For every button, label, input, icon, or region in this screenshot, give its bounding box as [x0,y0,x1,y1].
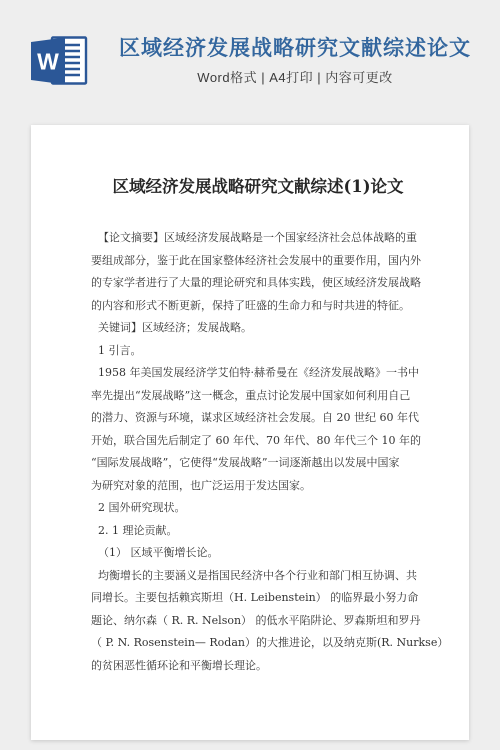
doc-line: 2 国外研究现状。 [91,497,425,520]
doc-line: 开始，联合国先后制定了 60 年代、70 年代、80 年代三个 10 年的 [91,430,425,453]
page-title: 区域经济发展战略研究文献综述论文 [119,36,471,62]
doc-line: 的贫困恶性循环论和平衡增长理论。 [91,655,425,678]
header: W 区域经济发展战略研究文献综述论文 Word格式 | A4打印 | 内容可更改 [0,0,500,86]
doc-line: （ P. N. Rosenstein— Rodan）的大推进论，以及纳克斯(R.… [91,632,425,655]
doc-line: 为研究对象的范围，也广泛运用于发达国家。 [91,475,425,498]
format-info: Word格式 | A4打印 | 内容可更改 [197,67,392,86]
doc-line: 的潜力、资源与环境，谋求区域经济社会发展。自 20 世纪 60 年代 [91,407,425,430]
doc-line: “国际发展战略”，它使得“发展战略”一词逐渐越出以发展中国家 [91,452,425,475]
doc-line: 题论、纳尔森（ R. R. Nelson） 的低水平陷阱论、罗森斯坦和罗丹 [91,610,425,633]
document-title: 区域经济发展战略研究文献综述(1)论文 [91,175,425,199]
doc-line: 的专家学者进行了大量的理论研究和具体实践，使区域经济发展战略 [91,272,425,295]
doc-line: 同增长。主要包括赖宾斯坦（H. Leibenstein） 的临界最小努力命 [91,587,425,610]
page: W 区域经济发展战略研究文献综述论文 Word格式 | A4打印 | 内容可更改… [0,0,500,740]
svg-text:W: W [37,49,59,75]
document-preview-page: 区域经济发展战略研究文献综述(1)论文 【论文摘要】区域经济发展战略是一个国家经… [31,125,469,740]
doc-line: 要组成部分，鉴于此在国家整体经济社会发展中的重要作用，国内外 [91,250,425,273]
doc-line: 1958 年美国发展经济学艾伯特·赫希曼在《经济发展战略》一书中 [91,362,425,385]
word-logo-icon: W [29,36,89,86]
doc-line: 1 引言。 [91,340,425,363]
doc-line: 关键词】区域经济；发展战略。 [91,317,425,340]
doc-line: 【论文摘要】区域经济发展战略是一个国家经济社会总体战略的重 [91,227,425,250]
doc-line: 2. 1 理论贡献。 [91,520,425,543]
doc-line: 的内容和形式不断更新，保持了旺盛的生命力和与时共进的特征。 [91,295,425,318]
header-text: 区域经济发展战略研究文献综述论文 Word格式 | A4打印 | 内容可更改 [119,36,471,86]
doc-line: （1） 区域平衡增长论。 [91,542,425,565]
doc-line: 率先提出“发展战略”这一概念，重点讨论发展中国家如何利用自己 [91,385,425,408]
document-body: 【论文摘要】区域经济发展战略是一个国家经济社会总体战略的重 要组成部分，鉴于此在… [91,227,425,677]
doc-line: 均衡增长的主要涵义是指国民经济中各个行业和部门相互协调、共 [91,565,425,588]
